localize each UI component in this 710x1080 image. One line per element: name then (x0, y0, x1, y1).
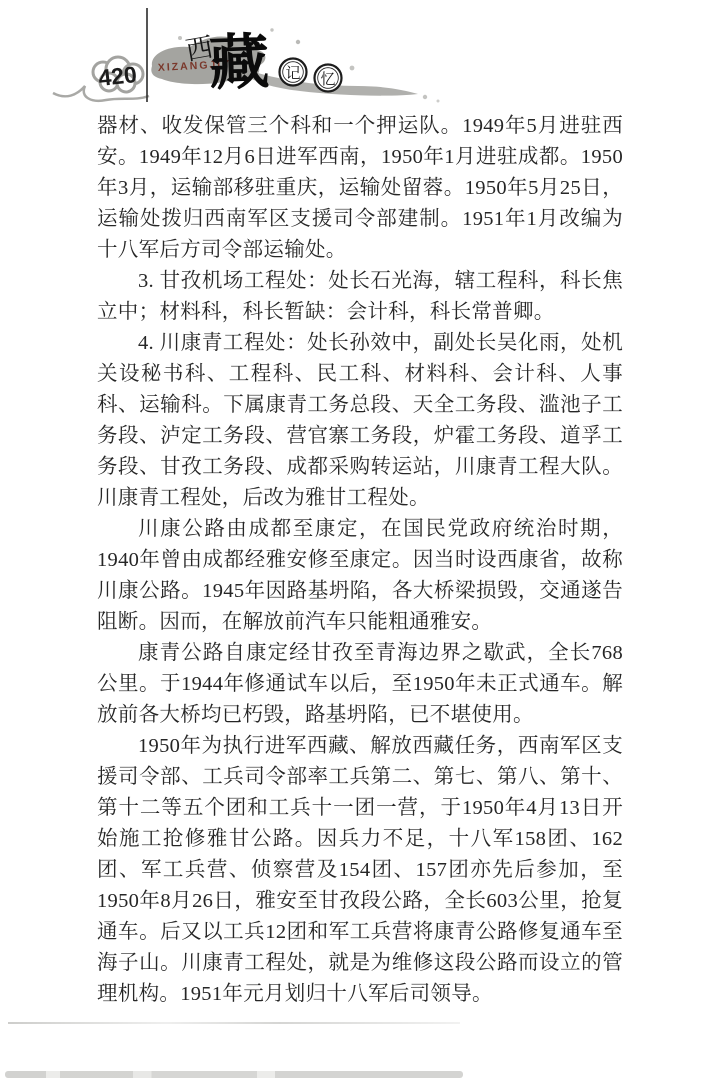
page-text: 器材、收发保管三个科和一个押运队。1949年5月进驻西安。1949年12月6日进… (97, 111, 623, 1010)
scan-artifact-smudge (5, 1071, 463, 1078)
paragraph: 康青公路自康定经甘孜至青海边界之歇武，全长768公里。于1944年修通试车以后，… (97, 638, 623, 731)
page-number: 420 (97, 61, 138, 91)
paragraph: 器材、收发保管三个科和一个押运队。1949年5月进驻西安。1949年12月6日进… (97, 111, 623, 266)
page-header: 420 XIZANGJIYI 西 藏 (0, 0, 710, 112)
seal-ji-icon: 记 (280, 59, 307, 86)
logo-char-zang: 藏 (208, 29, 270, 97)
seal-char-ji: 记 (285, 65, 300, 82)
paragraph: 1950年为执行进军西藏、解放西藏任务，西南军区支援司令部、工兵司令部率工兵第二… (97, 731, 623, 1010)
paragraph: 3. 甘孜机场工程处：处长石光海，辖工程科，科长焦立中；材料科，科长暂缺：会计科… (97, 266, 623, 328)
book-page: 420 XIZANGJIYI 西 藏 (0, 0, 710, 1080)
seal-char-yi: 忆 (320, 71, 335, 88)
seal-yi-icon: 忆 (315, 65, 342, 92)
scan-artifact-hairline (8, 1022, 460, 1024)
paragraph: 4. 川康青工程处：处长孙效中，副处长吴化雨，处机关设秘书科、工程科、民工科、材… (97, 328, 623, 514)
header-ornament-graphic: 420 XIZANGJIYI 西 藏 (0, 0, 710, 112)
paragraph: 川康公路由成都至康定，在国民党政府统治时期，1940年曾由成都经雅安修至康定。因… (97, 514, 623, 638)
